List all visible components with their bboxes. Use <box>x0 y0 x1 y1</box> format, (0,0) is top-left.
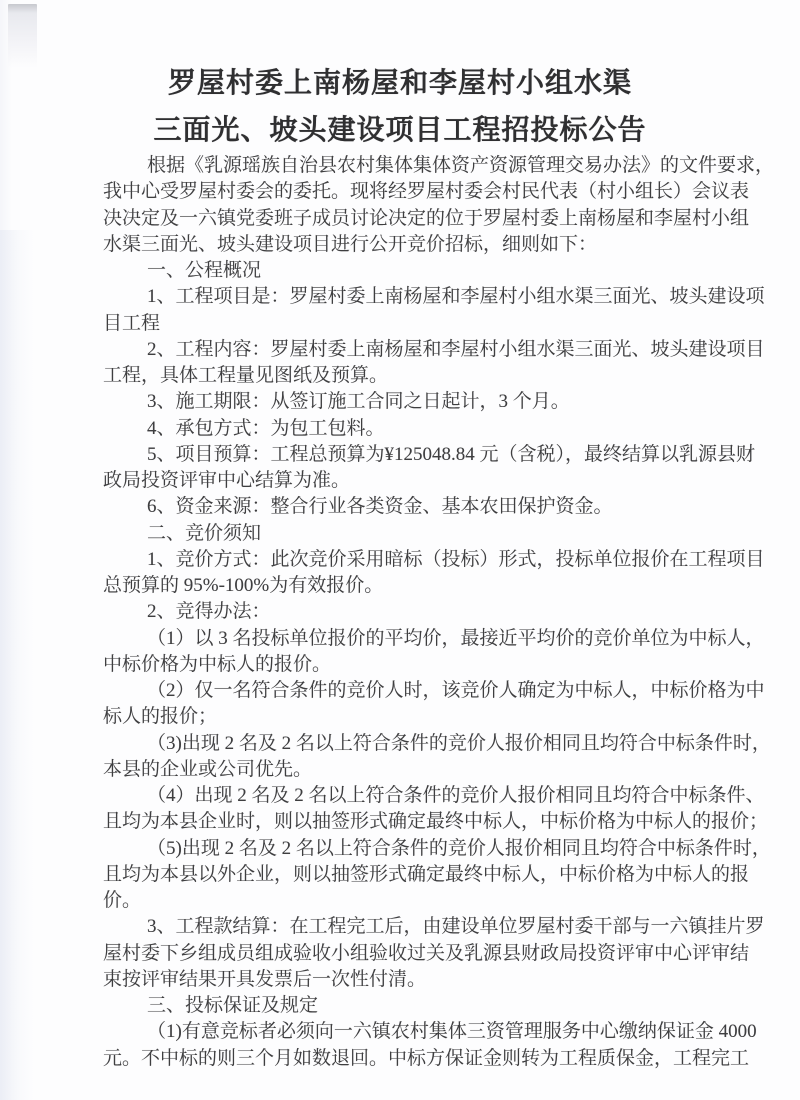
doc-line: 3、工程款结算：在工程完工后，由建设单位罗屋村委干部与一六镇挂片罗 <box>103 914 793 940</box>
doc-line: （1)有意竞标者必须向一六镇农村集体三资管理服务中心缴纳保证金 4000 <box>103 1019 793 1045</box>
scan-left-shadow <box>0 230 34 1100</box>
doc-line: （5)出现 2 名及 2 名以上符合条件的竞价人报价相同且均符合中标条件时， <box>103 836 793 862</box>
doc-line: 1、竞价方式：此次竞价采用暗标（投标）形式，投标单位报价在工程项目 <box>103 547 793 573</box>
doc-line: 中标价格为中标人的报价。 <box>103 652 793 678</box>
section-heading-3: 三、投标保证及规定 <box>103 993 793 1019</box>
doc-line: 决决定及一六镇党委班子成员讨论决定的位于罗屋村委上南杨屋和李屋村小组 <box>103 206 793 232</box>
doc-line: （3)出现 2 名及 2 名以上符合条件的竞价人报价相同且均符合中标条件时， <box>103 731 793 757</box>
doc-line: 根据《乳源瑶族自治县农村集体集体资产资源管理交易办法》的文件要求， <box>103 153 793 179</box>
doc-line: 4、承包方式：为包工包料。 <box>103 416 793 442</box>
doc-line: 水渠三面光、坡头建设项目进行公开竞价招标，细则如下： <box>103 232 793 258</box>
doc-line: （4）出现 2 名及 2 名以上符合条件的竞价人报价相同且均符合中标条件、 <box>103 783 793 809</box>
doc-line: 政局投资评审中心结算为准。 <box>103 468 793 494</box>
doc-line: 本县的企业或公司优先。 <box>103 757 793 783</box>
doc-line: 且均为本县以外企业，则以抽签形式确定最终中标人，中标价格为中标人的报 <box>103 862 793 888</box>
doc-line: 5、项目预算：工程总预算为¥125048.84 元（含税），最终结算以乳源县财 <box>103 442 793 468</box>
section-heading-2: 二、竞价须知 <box>103 521 793 547</box>
doc-line: 我中心受罗屋村委会的委托。现将经罗屋村委会村民代表（村小组长）会议表 <box>103 179 793 205</box>
doc-title-line-2: 三面光、坡头建设项目工程招投标公告 <box>0 107 800 154</box>
scan-corner-artifact <box>8 4 37 68</box>
doc-title: 罗屋村委上南杨屋和李屋村小组水渠 三面光、坡头建设项目工程招投标公告 <box>0 60 800 154</box>
doc-line: 束按评审结果开具发票后一次性付清。 <box>103 967 793 993</box>
doc-line: （2）仅一名符合条件的竞价人时，该竞价人确定为中标人，中标价格为中 <box>103 678 793 704</box>
section-heading-1: 一、公程概况 <box>103 258 793 284</box>
doc-line: 元。不中标的则三个月如数退回。中标方保证金则转为工程质保金，工程完工 <box>103 1046 793 1072</box>
doc-line: （1）以 3 名投标单位报价的平均价，最接近平均价的竞价单位为中标人， <box>103 626 793 652</box>
doc-line: 目工程 <box>103 311 793 337</box>
doc-line: 工程，具体工程量见图纸及预算。 <box>103 363 793 389</box>
doc-line: 6、资金来源：整合行业各类资金、基本农田保护资金。 <box>103 494 793 520</box>
doc-title-line-1: 罗屋村委上南杨屋和李屋村小组水渠 <box>0 60 800 107</box>
doc-body: 根据《乳源瑶族自治县农村集体集体资产资源管理交易办法》的文件要求， 我中心受罗屋… <box>103 153 793 1072</box>
doc-line: 1、工程项目是：罗屋村委上南杨屋和李屋村小组水渠三面光、坡头建设项 <box>103 284 793 310</box>
doc-line: 屋村委下乡组成员组成验收小组验收过关及乳源县财政局投资评审中心评审结 <box>103 941 793 967</box>
doc-line: 2、竞得办法： <box>103 599 793 625</box>
scan-left-edge-faint <box>0 0 12 1100</box>
doc-line: 价。 <box>103 888 793 914</box>
doc-line: 2、工程内容：罗屋村委上南杨屋和李屋村小组水渠三面光、坡头建设项目 <box>103 337 793 363</box>
doc-line: 3、施工期限：从签订施工合同之日起计，3 个月。 <box>103 389 793 415</box>
doc-line: 且均为本县企业时，则以抽签形式确定最终中标人，中标价格为中标人的报价； <box>103 809 793 835</box>
scanned-page: 罗屋村委上南杨屋和李屋村小组水渠 三面光、坡头建设项目工程招投标公告 根据《乳源… <box>0 0 800 1100</box>
doc-line: 总预算的 95%-100%为有效报价。 <box>103 573 793 599</box>
doc-line: 标人的报价； <box>103 704 793 730</box>
